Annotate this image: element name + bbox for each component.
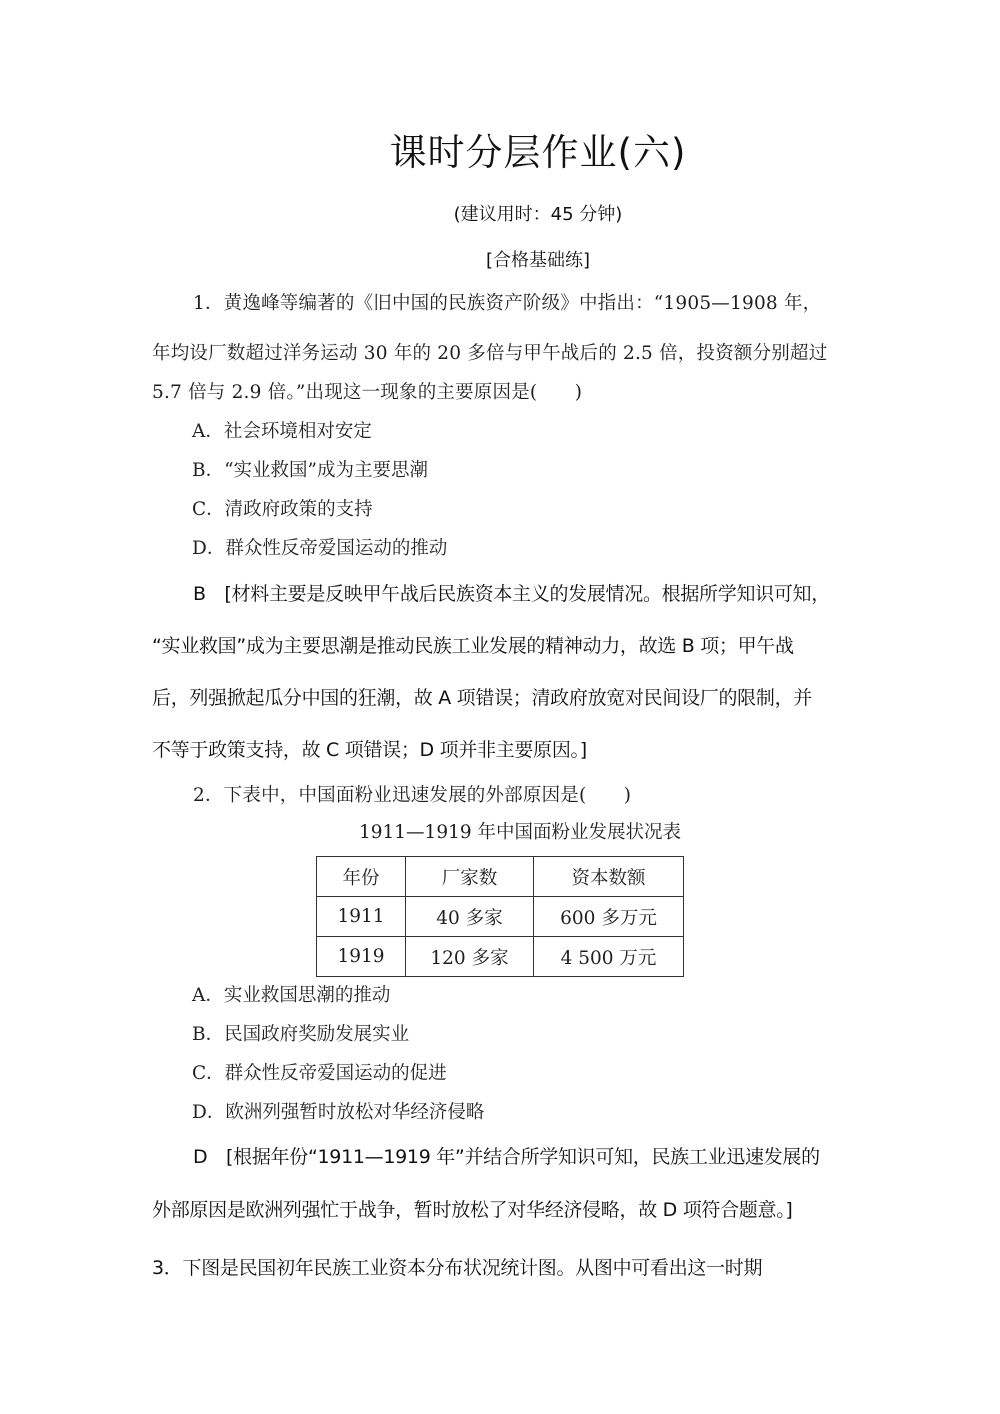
question-stem-line: 1．黄逸峰等编著的《旧中国的民族资产阶级》中指出：“1905—1908 年， — [193, 289, 821, 315]
answer-explanation-line: D [根据年份“1911—1919 年”并结合所学知识可知，民族工业迅速发展的 — [193, 1142, 820, 1169]
table-cell: 120 多家 — [406, 937, 534, 977]
suggested-time: (建议用时：45 分钟) — [0, 200, 1000, 226]
table-cell: 40 多家 — [406, 897, 534, 937]
answer-explanation-line: 外部原因是欧洲列强忙于战争，暂时放松了对华经济侵略，故 D 项符合题意。] — [152, 1195, 793, 1222]
section-heading: [合格基础练] — [0, 246, 1000, 272]
question-stem-line: 2．下表中，中国面粉业迅速发展的外部原因是( ) — [193, 781, 631, 807]
option-c: C．清政府政策的支持 — [192, 495, 373, 521]
option-a: A．实业救国思潮的推动 — [192, 981, 390, 1007]
option-b: B．民国政府奖励发展实业 — [192, 1020, 409, 1046]
question-stem-line: 年均设厂数超过洋务运动 30 年的 20 多倍与甲午战后的 2.5 倍，投资额分… — [152, 339, 827, 365]
table-cell: 1911 — [317, 897, 406, 937]
table-cell: 4 500 万元 — [534, 937, 684, 977]
answer-explanation-line: B [材料主要是反映甲午战后民族资本主义的发展情况。根据所学知识可知， — [193, 579, 830, 606]
option-c: C．群众性反帝爱国运动的促进 — [192, 1059, 447, 1085]
answer-explanation-line: “实业救国”成为主要思潮是推动民族工业发展的精神动力，故选 B 项；甲午战 — [152, 631, 794, 658]
answer-explanation-line: 后，列强掀起瓜分中国的狂潮，故 A 项错误；清政府放宽对民间设厂的限制，并 — [152, 683, 812, 710]
table-row: 1911 40 多家 600 多万元 — [317, 897, 684, 937]
table-caption: 1911—1919 年中国面粉业发展状况表 — [0, 818, 1000, 844]
option-a: A．社会环境相对安定 — [192, 417, 372, 443]
table-header-cell: 年份 — [317, 857, 406, 897]
option-d: D．群众性反帝爱国运动的推动 — [192, 534, 447, 560]
table-header-cell: 厂家数 — [406, 857, 534, 897]
question-stem-line: 5.7 倍与 2.9 倍。”出现这一现象的主要原因是( ) — [152, 378, 582, 404]
table-header-cell: 资本数额 — [534, 857, 684, 897]
table-cell: 600 多万元 — [534, 897, 684, 937]
table-header-row: 年份 厂家数 资本数额 — [317, 857, 684, 897]
answer-explanation-line: 不等于政策支持，故 C 项错误；D 项并非主要原因。] — [152, 735, 587, 762]
question-stem-line: 3．下图是民国初年民族工业资本分布状况统计图。从图中可看出这一时期 — [152, 1253, 762, 1280]
option-b: B．“实业救国”成为主要思潮 — [192, 456, 428, 482]
option-d: D．欧洲列强暂时放松对华经济侵略 — [192, 1098, 484, 1124]
table-cell: 1919 — [317, 937, 406, 977]
page-title: 课时分层作业(六) — [0, 122, 1000, 176]
flour-industry-table: 年份 厂家数 资本数额 1911 40 多家 600 多万元 1919 120 … — [316, 856, 684, 977]
table-row: 1919 120 多家 4 500 万元 — [317, 937, 684, 977]
